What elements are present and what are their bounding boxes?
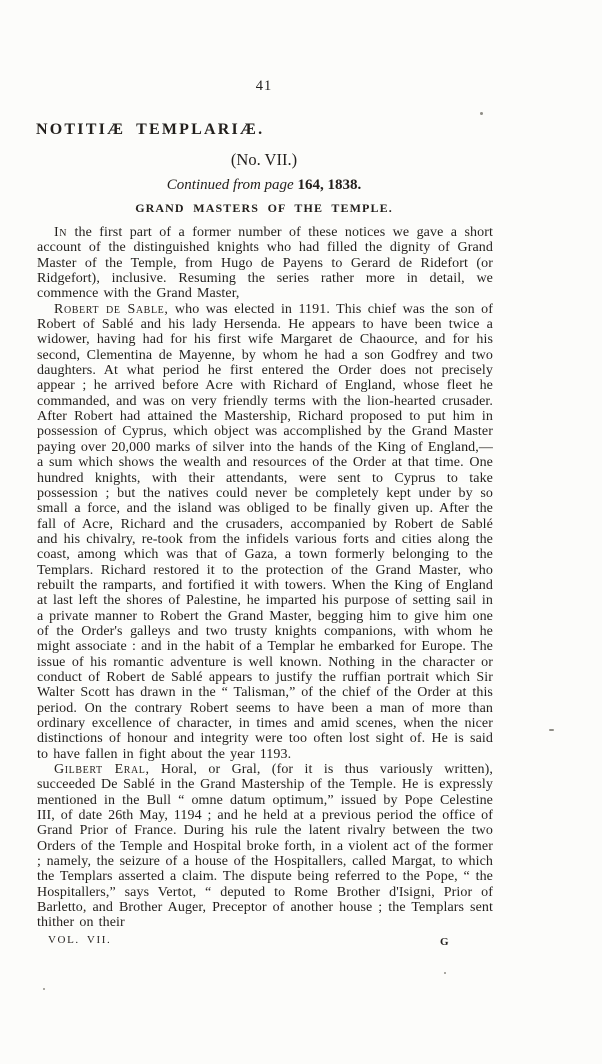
paragraph-lead: Gilbert Eral, (54, 762, 150, 777)
continuation-page-reference: 164, 1838. (297, 177, 361, 193)
scan-speck (480, 112, 483, 115)
printer-signature-mark: G (440, 936, 449, 948)
paragraph-robert-de-sable: Robert de Sable, who was elected in 1191… (37, 302, 493, 762)
paragraph-gilbert-eral: Gilbert Eral, Horal, or Gral, (for it is… (37, 762, 493, 931)
volume-label: VOL. VII. (48, 934, 111, 946)
page-number: 41 (36, 78, 492, 95)
scan-speck (549, 729, 554, 731)
paragraph-text: the first part of a former number of the… (37, 225, 493, 301)
article-title: NOTITIÆ TEMPLARIÆ. (36, 121, 602, 139)
scanned-page: 41 NOTITIÆ TEMPLARIÆ. (No. VII.) Continu… (0, 0, 602, 1064)
paragraph-text: Horal, or Gral, (for it is thus variousl… (37, 762, 493, 930)
paragraph-lead: In (54, 225, 67, 240)
issue-number: (No. VII.) (36, 150, 492, 170)
scan-speck (444, 972, 446, 974)
paragraph-lead: Robert de Sable, (54, 302, 168, 317)
paragraph-text: who was elected in 1191. This chief was … (37, 302, 493, 762)
continuation-note: Continued from page 164, 1838. (36, 177, 492, 194)
article-body: In the first part of a former number of … (37, 225, 493, 931)
scan-speck (43, 988, 45, 990)
continuation-italic-text: Continued from page (167, 177, 294, 193)
section-heading: GRAND MASTERS OF THE TEMPLE. (36, 201, 492, 216)
paragraph-introduction: In the first part of a former number of … (37, 225, 493, 302)
page-footer: VOL. VII. G (37, 934, 493, 948)
